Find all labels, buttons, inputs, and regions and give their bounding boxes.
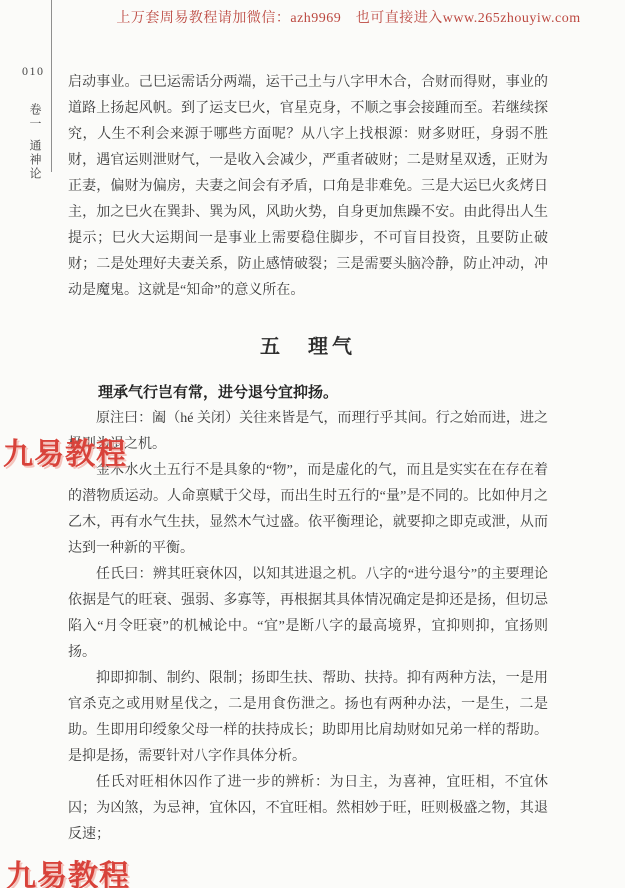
watermark-bottom: 九易教程 <box>6 851 130 888</box>
page-number: 010 <box>22 64 45 79</box>
margin-divider <box>51 0 52 172</box>
book-page: 上万套周易教程请加微信：azh9969 也可直接进入www.265zhouyiw… <box>0 0 625 888</box>
promo-header: 上万套周易教程请加微信：azh9969 也可直接进入www.265zhouyiw… <box>90 7 607 27</box>
section-label: 通神论 <box>27 139 44 181</box>
body-paragraph: 抑即抑制、制约、限制；扬即生扶、帮助、扶持。抑有两种方法，一是用官杀克之或用财星… <box>68 666 548 770</box>
body-paragraph: 任氏对旺相休囚作了进一步的辨析：为日主，为喜神，宜旺相，不宜休囚；为凶煞，为忌神… <box>68 770 548 848</box>
page-body: 启动事业。己巳运需话分两端，运干己土与八字甲木合，合财而得财，事业的道路上扬起风… <box>68 70 548 848</box>
volume-label: 卷一 <box>27 103 44 131</box>
body-paragraph: 原注曰：阖（hé 关闭）关往来皆是气，而理行乎其间。行之始而进，进之极则为退之机… <box>68 406 548 458</box>
body-paragraph: 任氏曰：辨其旺衰休囚，以知其进退之机。八字的“进兮退兮”的主要理论依据是气的旺衰… <box>68 562 548 666</box>
section-heading: 五 理气 <box>68 334 548 360</box>
body-paragraph: 启动事业。己巳运需话分两端，运干己土与八字甲木合，合财而得财，事业的道路上扬起风… <box>68 70 548 304</box>
watermark-mid: 九易教程 <box>3 429 127 473</box>
body-paragraph: 金木水火土五行不是具象的“物”，而是虚化的气，而且是实实在在存在着的潜物质运动。… <box>68 458 548 562</box>
verse-line: 理承气行岂有常，进兮退兮宜抑扬。 <box>68 380 548 406</box>
